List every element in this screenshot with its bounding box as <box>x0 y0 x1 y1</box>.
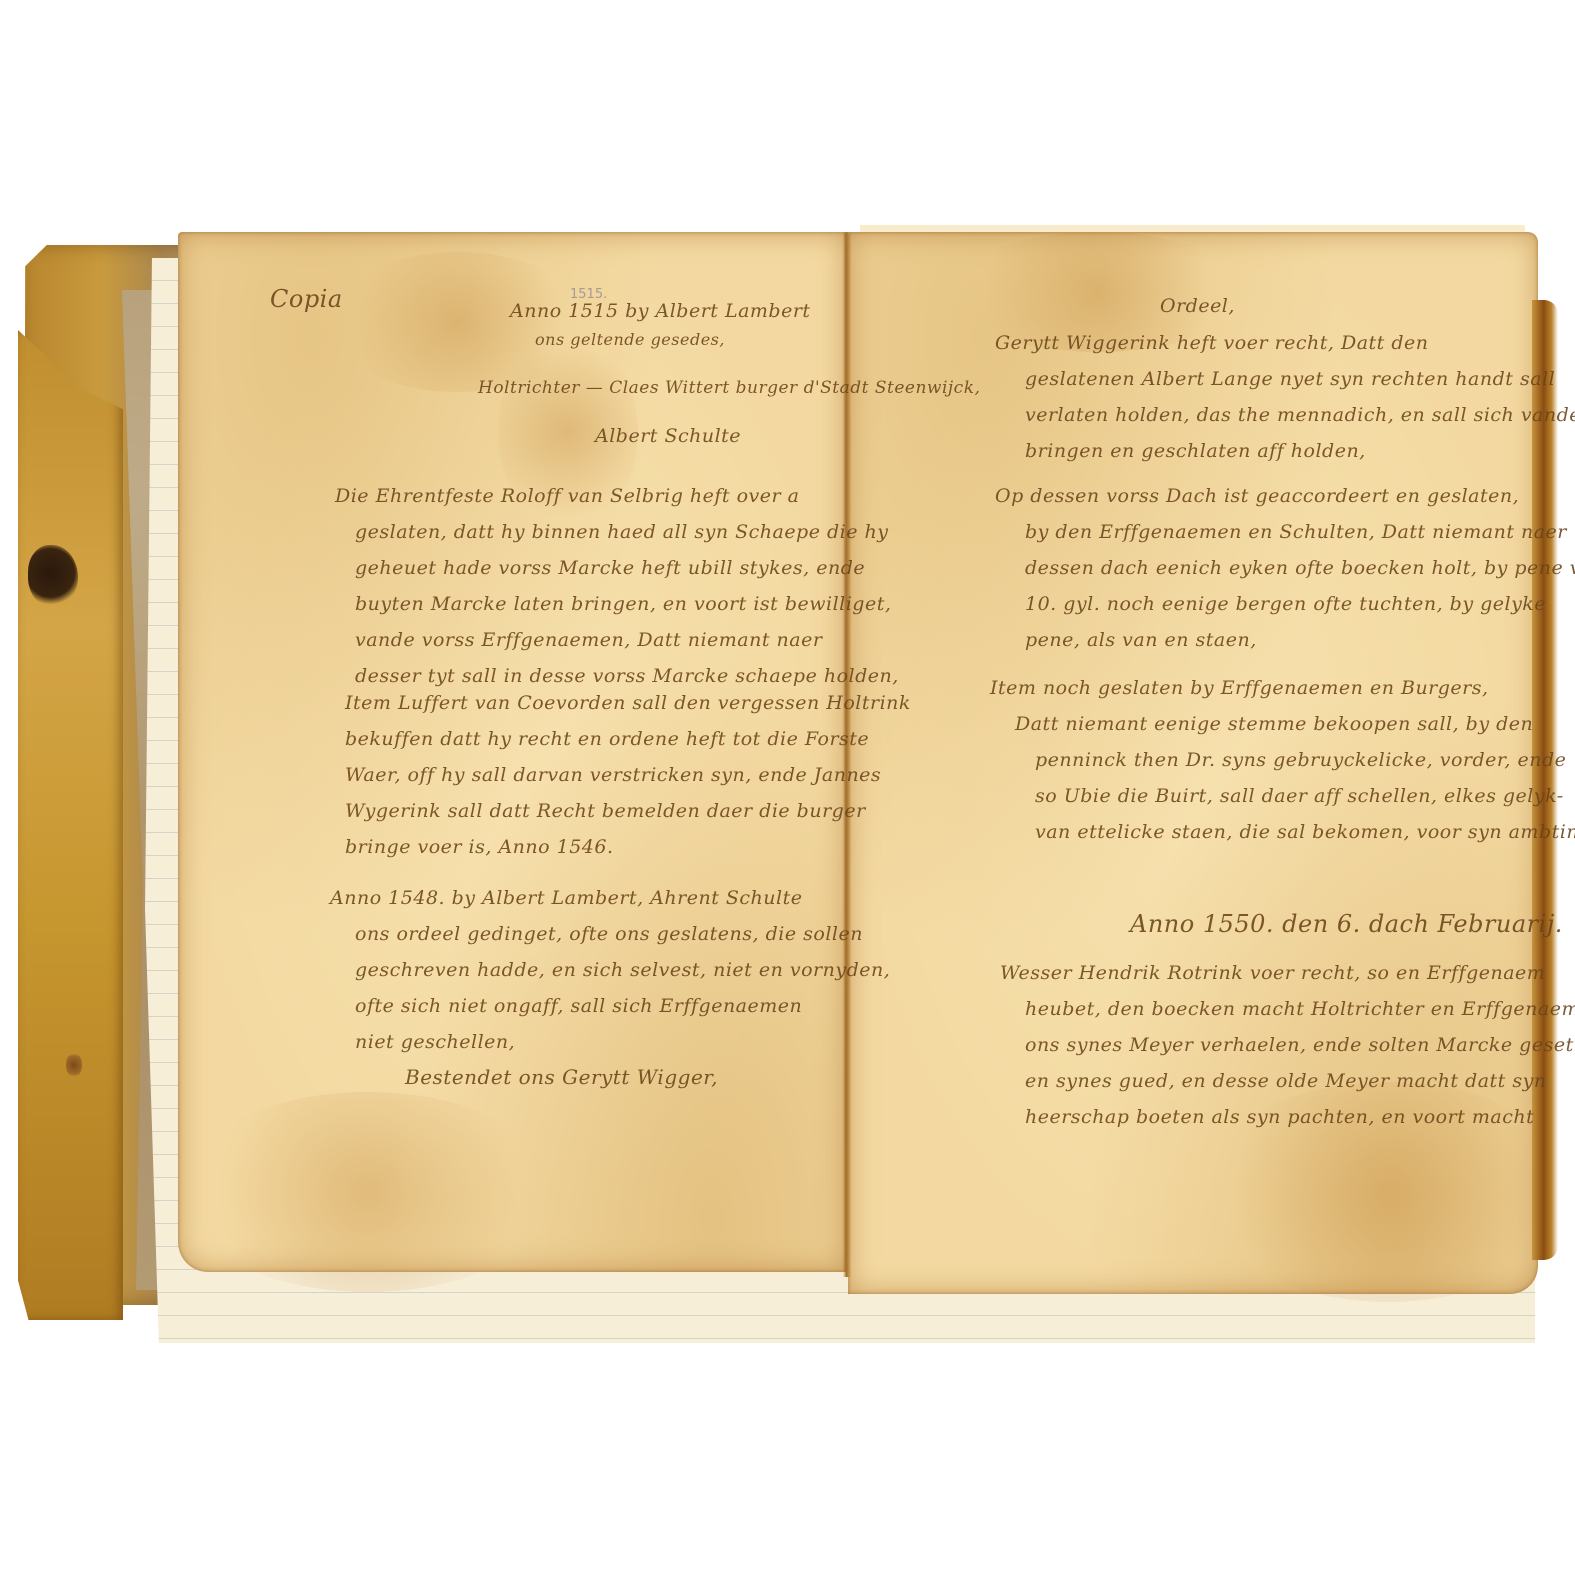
text-line: geslatenen Albert Lange nyet syn rechten… <box>1025 361 1575 397</box>
right-paragraph-4: Wesser Hendrik Rotrink voer recht, so en… <box>1000 955 1575 1135</box>
text-line: heubet, den boecken macht Holtrichter en… <box>1025 991 1575 1027</box>
text-line: buyten Marcke laten bringen, en voort is… <box>355 586 899 622</box>
text-line: Item Luffert van Coevorden sall den verg… <box>345 685 911 721</box>
binding-hole-icon <box>66 1052 82 1078</box>
text-line: ons synes Meyer verhaelen, ende solten M… <box>1025 1027 1575 1063</box>
text-line: Anno 1548. by Albert Lambert, Ahrent Sch… <box>330 880 890 916</box>
text-line: geschreven hadde, en sich selvest, niet … <box>355 952 890 988</box>
text-line: Wygerink sall datt Recht bemelden daer d… <box>345 793 911 829</box>
text-line: Gerytt Wiggerink heft voer recht, Datt d… <box>995 325 1575 361</box>
text-line: ofte sich niet ongaff, sall sich Erffgen… <box>355 988 890 1024</box>
left-heading-line: Holtrichter — Claes Wittert burger d'Sta… <box>478 378 980 398</box>
left-heading-line: Albert Schulte <box>595 425 741 447</box>
text-line: Item noch geslaten by Erffgenaemen en Bu… <box>990 670 1575 706</box>
left-heading-line: Anno 1515 by Albert Lambert <box>510 300 811 322</box>
ink-blot-icon <box>28 545 78 607</box>
text-line: Waer, off hy sall darvan verstricken syn… <box>345 757 911 793</box>
left-heading-line: ons geltende gesedes, <box>535 330 725 349</box>
text-line: Op dessen vorss Dach ist geaccordeert en… <box>995 478 1575 514</box>
left-paragraph-3: Anno 1548. by Albert Lambert, Ahrent Sch… <box>330 880 890 1060</box>
text-line: geheuet hade vorss Marcke heft ubill sty… <box>355 550 899 586</box>
text-line: Wesser Hendrik Rotrink voer recht, so en… <box>1000 955 1575 991</box>
text-line: ons ordeel gedinget, ofte ons geslatens,… <box>355 916 890 952</box>
text-line: so Ubie die Buirt, sall daer aff schelle… <box>1035 778 1575 814</box>
left-paragraph-1: Die Ehrentfeste Roloff van Selbrig heft … <box>335 478 899 694</box>
text-line: verlaten holden, das the mennadich, en s… <box>1025 397 1575 433</box>
right-paragraph-1: Gerytt Wiggerink heft voer recht, Datt d… <box>995 325 1575 469</box>
text-line: vande vorss Erffgenaemen, Datt niemant n… <box>355 622 899 658</box>
text-line: bekuffen datt hy recht en ordene heft to… <box>345 721 911 757</box>
text-line: geslaten, datt hy binnen haed all syn Sc… <box>355 514 899 550</box>
text-line: penninck then Dr. syns gebruyckelicke, v… <box>1035 742 1575 778</box>
text-line: by den Erffgenaemen en Schulten, Datt ni… <box>1025 514 1575 550</box>
text-line: en synes gued, en desse olde Meyer macht… <box>1025 1063 1575 1099</box>
text-line: heerschap boeten als syn pachten, en voo… <box>1025 1099 1575 1135</box>
text-line: bringen en geschlaten aff holden, <box>1025 433 1575 469</box>
text-line: van ettelicke staen, die sal bekomen, vo… <box>1035 814 1575 850</box>
right-paragraph-3: Item noch geslaten by Erffgenaemen en Bu… <box>990 670 1575 850</box>
left-signature: Bestendet ons Gerytt Wigger, <box>405 1065 718 1089</box>
text-line: niet geschellen, <box>355 1024 890 1060</box>
left-paragraph-2: Item Luffert van Coevorden sall den verg… <box>345 685 911 865</box>
folder-flap <box>18 330 123 1320</box>
margin-note-copia: Copia <box>270 285 343 313</box>
text-line: pene, als van en staen, <box>1025 622 1575 658</box>
right-heading: Ordeel, <box>1160 295 1235 317</box>
text-line: bringe voer is, Anno 1546. <box>345 829 911 865</box>
right-paragraph-2: Op dessen vorss Dach ist geaccordeert en… <box>995 478 1575 658</box>
text-line: 10. gyl. noch eenige bergen ofte tuchten… <box>1025 586 1575 622</box>
text-line: Datt niemant eenige stemme bekoopen sall… <box>1015 706 1575 742</box>
text-line: dessen dach eenich eyken ofte boecken ho… <box>1025 550 1575 586</box>
date-heading: Anno 1550. den 6. dach Februarij. <box>1130 910 1563 938</box>
text-line: Die Ehrentfeste Roloff van Selbrig heft … <box>335 478 899 514</box>
